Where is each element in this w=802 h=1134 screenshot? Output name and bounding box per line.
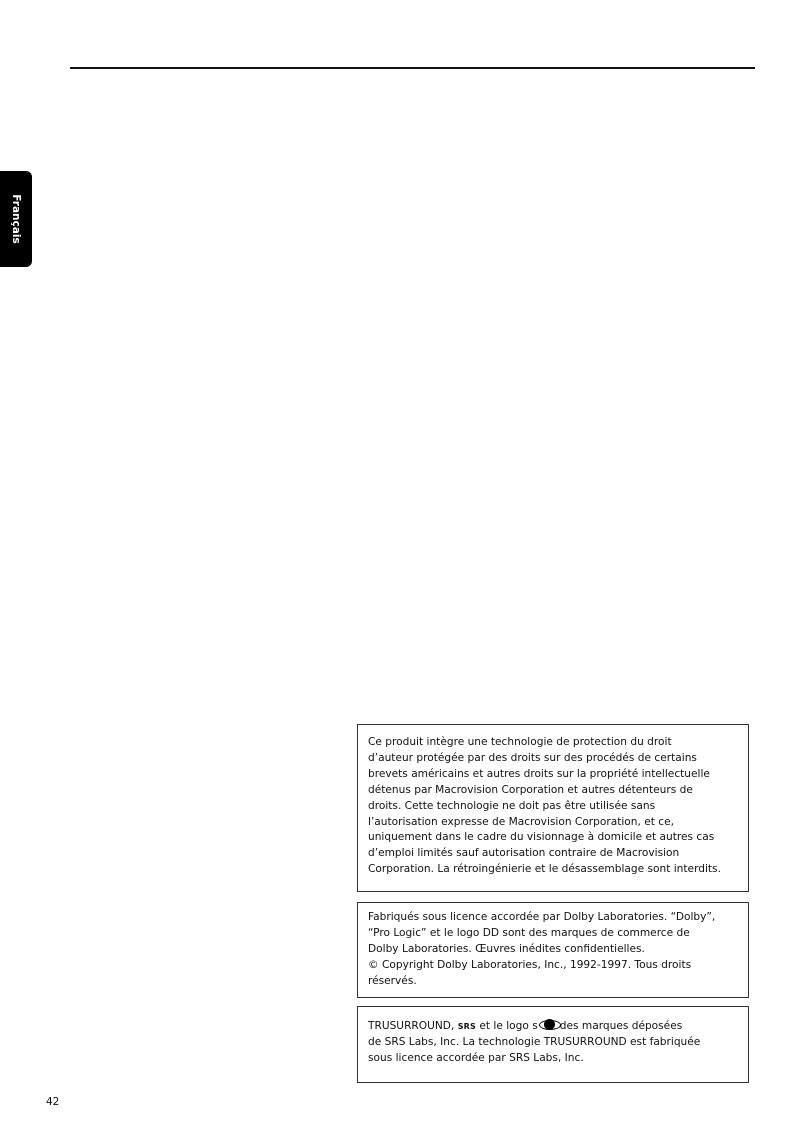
srs-circle-logo-icon — [538, 1019, 560, 1030]
macrovision-notice: Ce produit intègre une technologie de pr… — [357, 724, 749, 892]
srs-line1-mid: et le logo s — [476, 1020, 538, 1032]
srs-notice: TRUSURROUND, SRS et le logo sdes marques… — [357, 1006, 749, 1083]
page-number: 42 — [46, 1096, 59, 1108]
srs-notice-text: TRUSURROUND, SRS et le logo sdes marques… — [368, 1019, 738, 1067]
srs-line1-suffix: des marques déposées — [560, 1020, 682, 1032]
language-tab-label: Français — [10, 194, 22, 243]
srs-line1-prefix: TRUSURROUND, — [368, 1020, 458, 1032]
macrovision-notice-text: Ce produit intègre une technologie de pr… — [368, 735, 738, 878]
language-tab: Français — [0, 171, 32, 267]
srs-logo-icon: SRS — [458, 1022, 476, 1031]
header-rule — [70, 67, 755, 69]
dolby-notice: Fabriqués sous licence accordée par Dolb… — [357, 902, 749, 998]
dolby-notice-text: Fabriqués sous licence accordée par Dolb… — [368, 910, 738, 990]
srs-rest-text: de SRS Labs, Inc. La technologie TRUSURR… — [368, 1036, 700, 1064]
